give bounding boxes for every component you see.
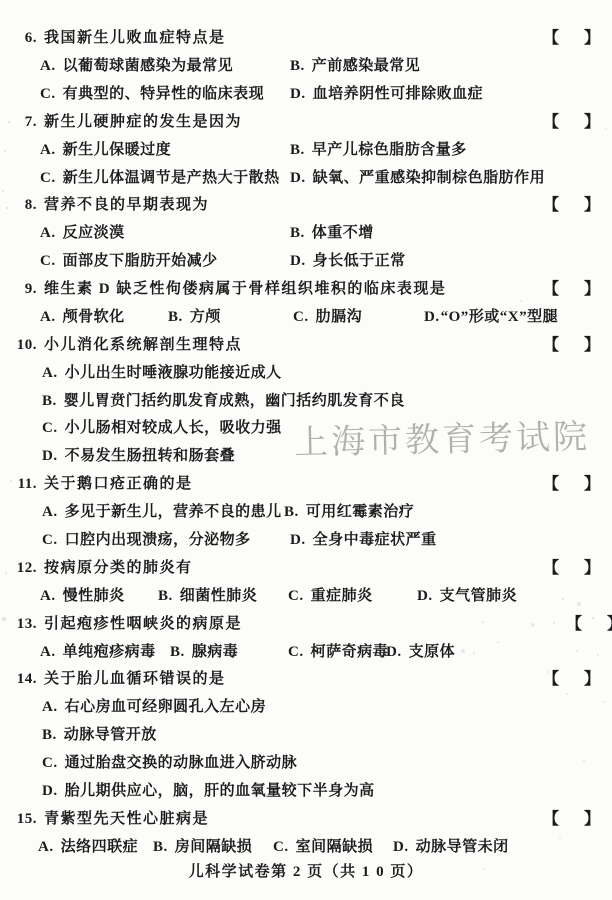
bracket-open-icon: 【	[543, 476, 559, 493]
option-d: D.动脉导管未闭	[393, 838, 509, 857]
option-c: C.口腔内出现溃疡，分泌物多	[42, 531, 251, 550]
bracket-open-icon: 【	[543, 197, 559, 214]
options-row: A.右心房血可经卵圆孔入左心房	[0, 698, 612, 718]
question-number: 15.	[0, 810, 37, 829]
bracket-open-icon: 【	[543, 281, 559, 298]
options-row: A.单纯疱疹病毒 B.腺病毒 C.柯萨奇病毒 D.支原体	[0, 643, 612, 663]
question-number: 6.	[0, 29, 37, 48]
option-text: 血培养阴性可排除败血症	[313, 86, 484, 102]
option-d: D.“O”形或“X”型腿	[424, 308, 558, 327]
option-text: 支气管肺炎	[440, 588, 518, 604]
option-label: C.	[42, 419, 58, 438]
options-row: B.动脉导管开放	[0, 726, 612, 746]
question-stem: 引起疱疹性咽峡炎的病原是	[44, 615, 242, 634]
option-text: 缺氧、严重感染抑制棕色脂肪作用	[313, 170, 546, 186]
answer-brackets: 【】	[543, 336, 600, 355]
answer-brackets: 【】	[543, 196, 600, 215]
option-b: B.可用红霉素治疗	[284, 503, 414, 522]
question-number: 12.	[0, 559, 37, 578]
bracket-close-icon: 】	[584, 811, 600, 828]
question-number: 10.	[0, 336, 37, 355]
options-row: A.法络四联症 B.房间隔缺损 C.室间隔缺损 D.动脉导管未闭	[0, 838, 612, 858]
option-label: D.	[290, 252, 306, 271]
option-text: 新生儿体温调节是产热大于散热	[63, 170, 280, 186]
option-text: 重症肺炎	[311, 588, 373, 604]
option-b: B.腺病毒	[170, 643, 238, 662]
option-c: C.新生儿体温调节是产热大于散热	[40, 169, 280, 188]
option-text: 多见于新生儿，营养不良的患儿	[65, 504, 282, 520]
option-text: 面部皮下脂肪开始减少	[63, 253, 218, 269]
option-label: A.	[40, 141, 56, 160]
options-row: B.婴儿胃贲门括约肌发育成熟，幽门括约肌发育不良	[0, 392, 612, 412]
options-row: A.小儿出生时唾液腺功能接近成人	[0, 364, 612, 384]
options-row: A.慢性肺炎 B.细菌性肺炎 C.重症肺炎 D.支气管肺炎	[0, 587, 612, 607]
option-text: 通过胎盘交换的动脉血进入脐动脉	[65, 755, 298, 771]
option-a: A.慢性肺炎	[40, 587, 125, 606]
option-label: A.	[40, 308, 56, 327]
option-c: C.面部皮下脂肪开始减少	[40, 252, 218, 271]
bracket-close-icon: 】	[607, 616, 612, 633]
option-label: A.	[40, 224, 56, 243]
option-label: A.	[42, 364, 58, 383]
option-b: B.体重不增	[290, 224, 374, 243]
option-text: 身长低于正常	[313, 253, 406, 269]
option-b: B.产前感染最常见	[290, 57, 420, 76]
answer-brackets: 【】	[543, 280, 600, 299]
scan-noise	[0, 0, 2, 2]
option-text: 小儿出生时唾液腺功能接近成人	[65, 365, 282, 381]
question-number: 11.	[0, 475, 37, 494]
bracket-close-icon: 】	[584, 197, 600, 214]
option-text: 新生儿保暖过度	[63, 142, 172, 158]
option-label: B.	[290, 141, 305, 160]
option-label: C.	[40, 169, 56, 188]
option-label: C.	[40, 85, 56, 104]
answer-brackets: 【】	[543, 559, 600, 578]
option-label: A.	[40, 587, 56, 606]
option-label: D.	[417, 587, 433, 606]
question-14-line: 14. 关于胎儿血循环错误的是 【】	[0, 670, 612, 690]
option-text: 产前感染最常见	[312, 58, 421, 74]
bracket-close-icon: 】	[584, 476, 600, 493]
option-label: C.	[273, 838, 289, 857]
option-a: A.右心房血可经卵圆孔入左心房	[42, 698, 266, 717]
option-label: B.	[290, 224, 305, 243]
bracket-open-icon: 【	[566, 616, 582, 633]
option-d: D.全身中毒症状严重	[290, 531, 437, 550]
option-label: C.	[42, 531, 58, 550]
option-c: C.小儿肠相对较成人长，吸收力强	[42, 419, 282, 438]
question-stem: 小儿消化系统解剖生理特点	[44, 336, 242, 355]
option-a: A.多见于新生儿，营养不良的患儿	[42, 503, 282, 522]
options-row: C.面部皮下脂肪开始减少 D.身长低于正常	[0, 252, 612, 272]
option-label: D.	[424, 308, 440, 327]
option-d: D.身长低于正常	[290, 252, 406, 271]
option-text: 口腔内出现溃疡，分泌物多	[65, 532, 251, 548]
question-stem: 关于鹅口疮正确的是	[44, 475, 193, 494]
answer-brackets: 【】	[543, 113, 600, 132]
option-label: D.	[290, 531, 306, 550]
option-d: D.胎儿期供应心，脑，肝的血氧量较下半身为高	[42, 782, 375, 801]
options-row: A.反应淡漠 B.体重不增	[0, 224, 612, 244]
question-10-line: 10. 小儿消化系统解剖生理特点 【】	[0, 336, 612, 356]
question-stem: 按病原分类的肺炎有	[44, 559, 193, 578]
question-13-line: 13. 引起疱疹性咽峡炎的病原是 【】	[0, 615, 612, 635]
option-text: 胎儿期供应心，脑，肝的血氧量较下半身为高	[65, 783, 375, 799]
option-a: A.以葡萄球菌感染为最常见	[40, 57, 233, 76]
question-9-line: 9. 维生素 D 缺乏性佝偻病属于骨样组织堆积的临床表现是 【】	[0, 280, 612, 300]
options-row: C.口腔内出现溃疡，分泌物多 D.全身中毒症状严重	[0, 531, 612, 551]
option-c: C.室间隔缺损	[273, 838, 373, 857]
question-15-line: 15. 青紫型先天性心脏病是 【】	[0, 810, 612, 830]
option-label: D.	[290, 85, 306, 104]
question-number: 14.	[0, 670, 37, 689]
options-row: A.新生儿保暖过度 B.早产儿棕色脂肪含量多	[0, 141, 612, 161]
option-label: D.	[393, 838, 409, 857]
question-6-line: 6. 我国新生儿败血症特点是 【】	[0, 29, 612, 49]
option-label: C.	[40, 252, 56, 271]
option-b: B.早产儿棕色脂肪含量多	[290, 141, 467, 160]
question-8-line: 8. 营养不良的早期表现为 【】	[0, 196, 612, 216]
option-text: 动脉导管开放	[64, 727, 157, 743]
option-b: B.婴儿胃贲门括约肌发育成熟，幽门括约肌发育不良	[42, 392, 405, 411]
bracket-close-icon: 】	[584, 114, 600, 131]
option-text: 房间隔缺损	[175, 839, 253, 855]
question-stem: 我国新生儿败血症特点是	[44, 29, 226, 48]
bracket-close-icon: 】	[584, 30, 600, 47]
options-row: C.小儿肠相对较成人长，吸收力强	[0, 419, 612, 439]
option-b: B.动脉导管开放	[42, 726, 157, 745]
option-label: C.	[288, 643, 304, 662]
option-text: 腺病毒	[192, 644, 239, 660]
option-text: 全身中毒症状严重	[313, 532, 437, 548]
option-label: B.	[170, 643, 185, 662]
option-label: D.	[290, 169, 306, 188]
question-number: 13.	[0, 615, 37, 634]
option-label: A.	[42, 503, 58, 522]
option-text: 颅骨软化	[63, 309, 125, 325]
option-label: C.	[293, 308, 309, 327]
question-12-line: 12. 按病原分类的肺炎有 【】	[0, 559, 612, 579]
option-label: B.	[290, 57, 305, 76]
bracket-open-icon: 【	[543, 560, 559, 577]
bracket-open-icon: 【	[543, 811, 559, 828]
options-row: A.以葡萄球菌感染为最常见 B.产前感染最常见	[0, 57, 612, 77]
question-stem: 关于胎儿血循环错误的是	[44, 670, 226, 689]
option-text: 室间隔缺损	[296, 839, 374, 855]
bracket-open-icon: 【	[543, 671, 559, 688]
bracket-close-icon: 】	[584, 281, 600, 298]
option-a: A.单纯疱疹病毒	[40, 643, 156, 662]
option-d: D.血培养阴性可排除败血症	[290, 85, 483, 104]
bracket-close-icon: 】	[584, 337, 600, 354]
option-text: 单纯疱疹病毒	[63, 644, 156, 660]
option-label: B.	[42, 726, 57, 745]
option-text: 动脉导管未闭	[416, 839, 509, 855]
option-label: A.	[42, 698, 58, 717]
option-b: B.方颅	[168, 308, 221, 327]
option-d: D.不易发生肠扭转和肠套叠	[42, 447, 235, 466]
option-text: 有典型的、特异性的临床表现	[63, 86, 265, 102]
option-text: 反应淡漠	[63, 225, 125, 241]
option-text: 右心房血可经卵圆孔入左心房	[65, 699, 267, 715]
option-d: D.缺氧、严重感染抑制棕色脂肪作用	[290, 169, 545, 188]
question-stem: 新生儿硬肿症的发生是因为	[44, 113, 242, 132]
option-label: C.	[288, 587, 304, 606]
answer-brackets: 【】	[543, 475, 600, 494]
exam-page: 上海市教育考试院 6. 我国新生儿败血症特点是 【】 A.以葡萄球菌感染为最常见…	[0, 0, 612, 900]
option-label: B.	[153, 838, 168, 857]
option-label: A.	[38, 838, 54, 857]
option-text: 以葡萄球菌感染为最常见	[63, 58, 234, 74]
page-footer: 儿科学试卷第 2 页（共 1 0 页）	[0, 860, 612, 881]
option-text: 体重不增	[312, 225, 374, 241]
question-stem: 维生素 D 缺乏性佝偻病属于骨样组织堆积的临床表现是	[44, 280, 446, 299]
option-label: D.	[42, 782, 58, 801]
option-a: A.颅骨软化	[40, 308, 125, 327]
option-text: 可用红霉素治疗	[306, 504, 415, 520]
options-row: C.有典型的、特异性的临床表现 D.血培养阴性可排除败血症	[0, 85, 612, 105]
option-label: B.	[158, 587, 173, 606]
question-number: 7.	[0, 113, 37, 132]
answer-brackets: 【】	[566, 615, 612, 634]
option-text: 方颅	[190, 309, 221, 325]
bracket-open-icon: 【	[543, 114, 559, 131]
option-a: A.新生儿保暖过度	[40, 141, 171, 160]
bracket-close-icon: 】	[584, 671, 600, 688]
bracket-open-icon: 【	[543, 30, 559, 47]
option-a: A.反应淡漠	[40, 224, 125, 243]
options-row: A.颅骨软化 B.方颅 C.肋膈沟 D.“O”形或“X”型腿	[0, 308, 612, 328]
answer-brackets: 【】	[543, 29, 600, 48]
option-label: A.	[40, 643, 56, 662]
option-b: B.房间隔缺损	[153, 838, 252, 857]
option-text: 法络四联症	[61, 839, 139, 855]
question-stem: 青紫型先天性心脏病是	[44, 810, 209, 829]
options-row: D.胎儿期供应心，脑，肝的血氧量较下半身为高	[0, 782, 612, 802]
option-label: D.	[42, 447, 58, 466]
question-number: 9.	[0, 280, 37, 299]
options-row: D.不易发生肠扭转和肠套叠	[0, 447, 612, 467]
option-d: D.支气管肺炎	[417, 587, 517, 606]
option-c: C.肋膈沟	[293, 308, 362, 327]
option-text: 肋膈沟	[316, 309, 363, 325]
option-text: 婴儿胃贲门括约肌发育成熟，幽门括约肌发育不良	[64, 393, 405, 409]
option-label: D.	[386, 643, 402, 662]
option-c: C.通过胎盘交换的动脉血进入脐动脉	[42, 754, 297, 773]
question-7-line: 7. 新生儿硬肿症的发生是因为 【】	[0, 113, 612, 133]
option-c: C.重症肺炎	[288, 587, 373, 606]
bracket-open-icon: 【	[543, 337, 559, 354]
option-label: B.	[42, 392, 57, 411]
option-c: C.柯萨奇病毒	[288, 643, 388, 662]
option-text: 柯萨奇病毒	[311, 644, 389, 660]
option-label: B.	[284, 503, 299, 522]
options-row: C.通过胎盘交换的动脉血进入脐动脉	[0, 754, 612, 774]
option-text: 细菌性肺炎	[180, 588, 258, 604]
option-a: A.小儿出生时唾液腺功能接近成人	[42, 364, 282, 383]
option-text: 慢性肺炎	[63, 588, 125, 604]
options-row: C.新生儿体温调节是产热大于散热 D.缺氧、严重感染抑制棕色脂肪作用	[0, 169, 612, 189]
option-label: B.	[168, 308, 183, 327]
answer-brackets: 【】	[543, 810, 600, 829]
question-number: 8.	[0, 196, 37, 215]
question-11-line: 11. 关于鹅口疮正确的是 【】	[0, 475, 612, 495]
bracket-close-icon: 】	[584, 560, 600, 577]
option-b: B.细菌性肺炎	[158, 587, 257, 606]
option-text: 早产儿棕色脂肪含量多	[312, 142, 467, 158]
option-a: A.法络四联症	[38, 838, 138, 857]
option-text: 小儿肠相对较成人长，吸收力强	[65, 420, 282, 436]
option-text: 支原体	[409, 644, 456, 660]
option-c: C.有典型的、特异性的临床表现	[40, 85, 264, 104]
question-stem: 营养不良的早期表现为	[44, 196, 209, 215]
answer-brackets: 【】	[543, 670, 600, 689]
option-d: D.支原体	[386, 643, 455, 662]
options-row: A.多见于新生儿，营养不良的患儿 B.可用红霉素治疗	[0, 503, 612, 523]
option-text: “O”形或“X”型腿	[441, 309, 559, 325]
option-text: 不易发生肠扭转和肠套叠	[65, 448, 236, 464]
option-label: C.	[42, 754, 58, 773]
option-label: A.	[40, 57, 56, 76]
